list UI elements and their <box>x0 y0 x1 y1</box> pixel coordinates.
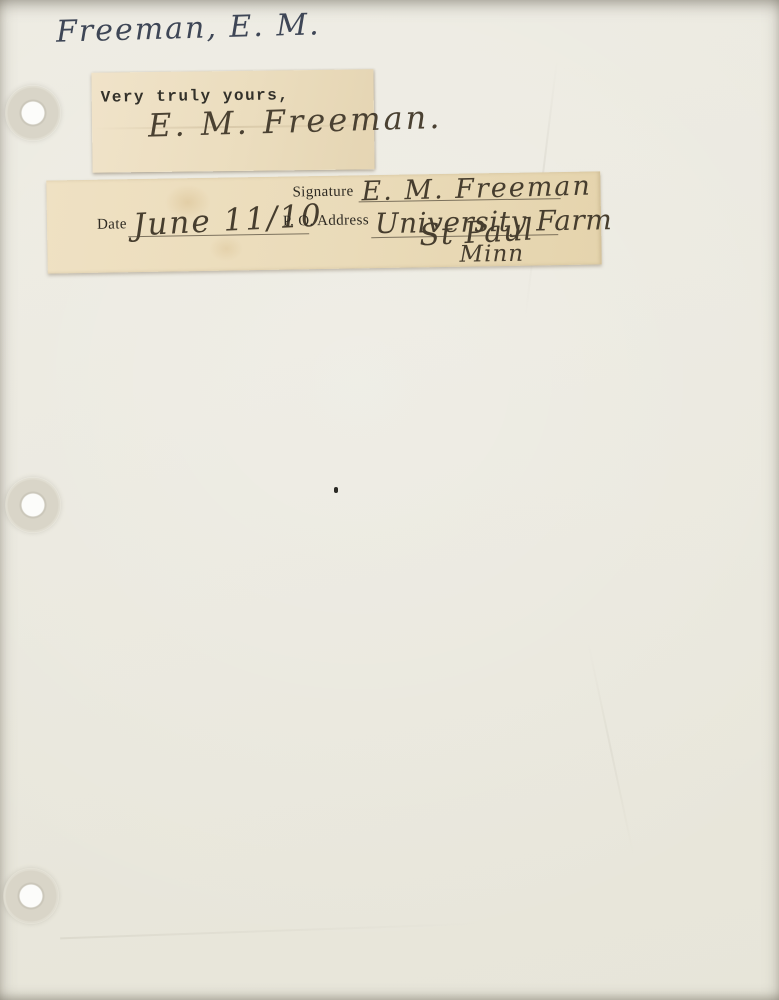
scanned-archival-page: Freeman, E. M. Very truly yours, E. M. F… <box>0 0 779 1000</box>
paper-crease <box>587 642 635 858</box>
handwritten-name-annotation: Freeman, E. M. <box>56 8 321 48</box>
letter-closing-clipping: Very truly yours, E. M. Freeman. <box>91 69 374 172</box>
address-label: P. O. Address <box>283 213 369 229</box>
punch-hole-bottom <box>3 868 59 924</box>
punch-hole-middle <box>5 477 61 533</box>
paper-crease <box>60 923 480 940</box>
address-state: Minn <box>459 243 524 267</box>
ink-speck <box>334 487 338 493</box>
punch-hole-top <box>5 85 61 141</box>
date-label: Date <box>97 217 127 232</box>
signature-address-slip: Signature E. M. Freeman Date June 11/10 … <box>46 171 601 273</box>
handwritten-signature: E. M. Freeman. <box>148 98 443 145</box>
